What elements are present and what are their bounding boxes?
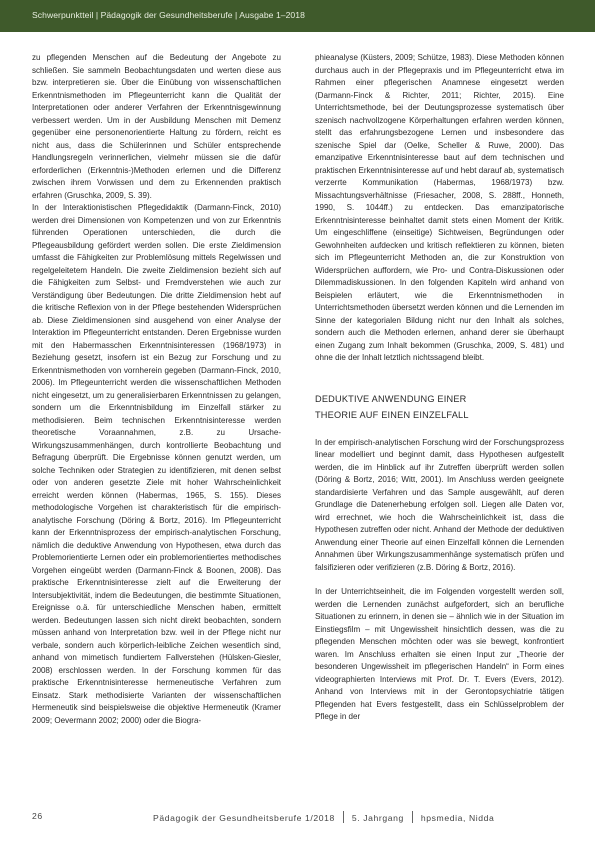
body-paragraph: zu pflegenden Menschen auf die Bedeutung… (32, 52, 281, 202)
publisher: hpsmedia, Nidda (421, 813, 495, 823)
running-header: Schwerpunktteil | Pädagogik der Gesundhe… (32, 10, 305, 20)
header-bar: Schwerpunktteil | Pädagogik der Gesundhe… (0, 0, 595, 32)
footer-divider (343, 811, 344, 823)
section-heading: Deduktive Anwendung einer Theorie auf ei… (315, 391, 564, 423)
left-column: zu pflegenden Menschen auf die Bedeutung… (32, 52, 281, 727)
body-paragraph: In der empirisch-analytischen Forschung … (315, 437, 564, 575)
body-paragraph: phieanalyse (Küsters, 2009; Schütze, 198… (315, 52, 564, 365)
page-number: 26 (32, 811, 43, 821)
footer-info: Pädagogik der Gesundheitsberufe 1/20185.… (153, 811, 494, 823)
section-heading-line-2: Theorie auf einen Einzelfall (315, 407, 564, 423)
journal-volume: 5. Jahrgang (352, 813, 404, 823)
footer-divider (412, 811, 413, 823)
body-paragraph: In der Interaktionistischen Pflegedidakt… (32, 202, 281, 727)
journal-title: Pädagogik der Gesundheitsberufe 1/2018 (153, 813, 335, 823)
paragraph-gap (315, 574, 564, 586)
section-heading-line-1: Deduktive Anwendung einer (315, 391, 564, 407)
body-paragraph: In der Unterrichtseinheit, die im Folgen… (315, 586, 564, 724)
right-column: phieanalyse (Küsters, 2009; Schütze, 198… (315, 52, 564, 724)
